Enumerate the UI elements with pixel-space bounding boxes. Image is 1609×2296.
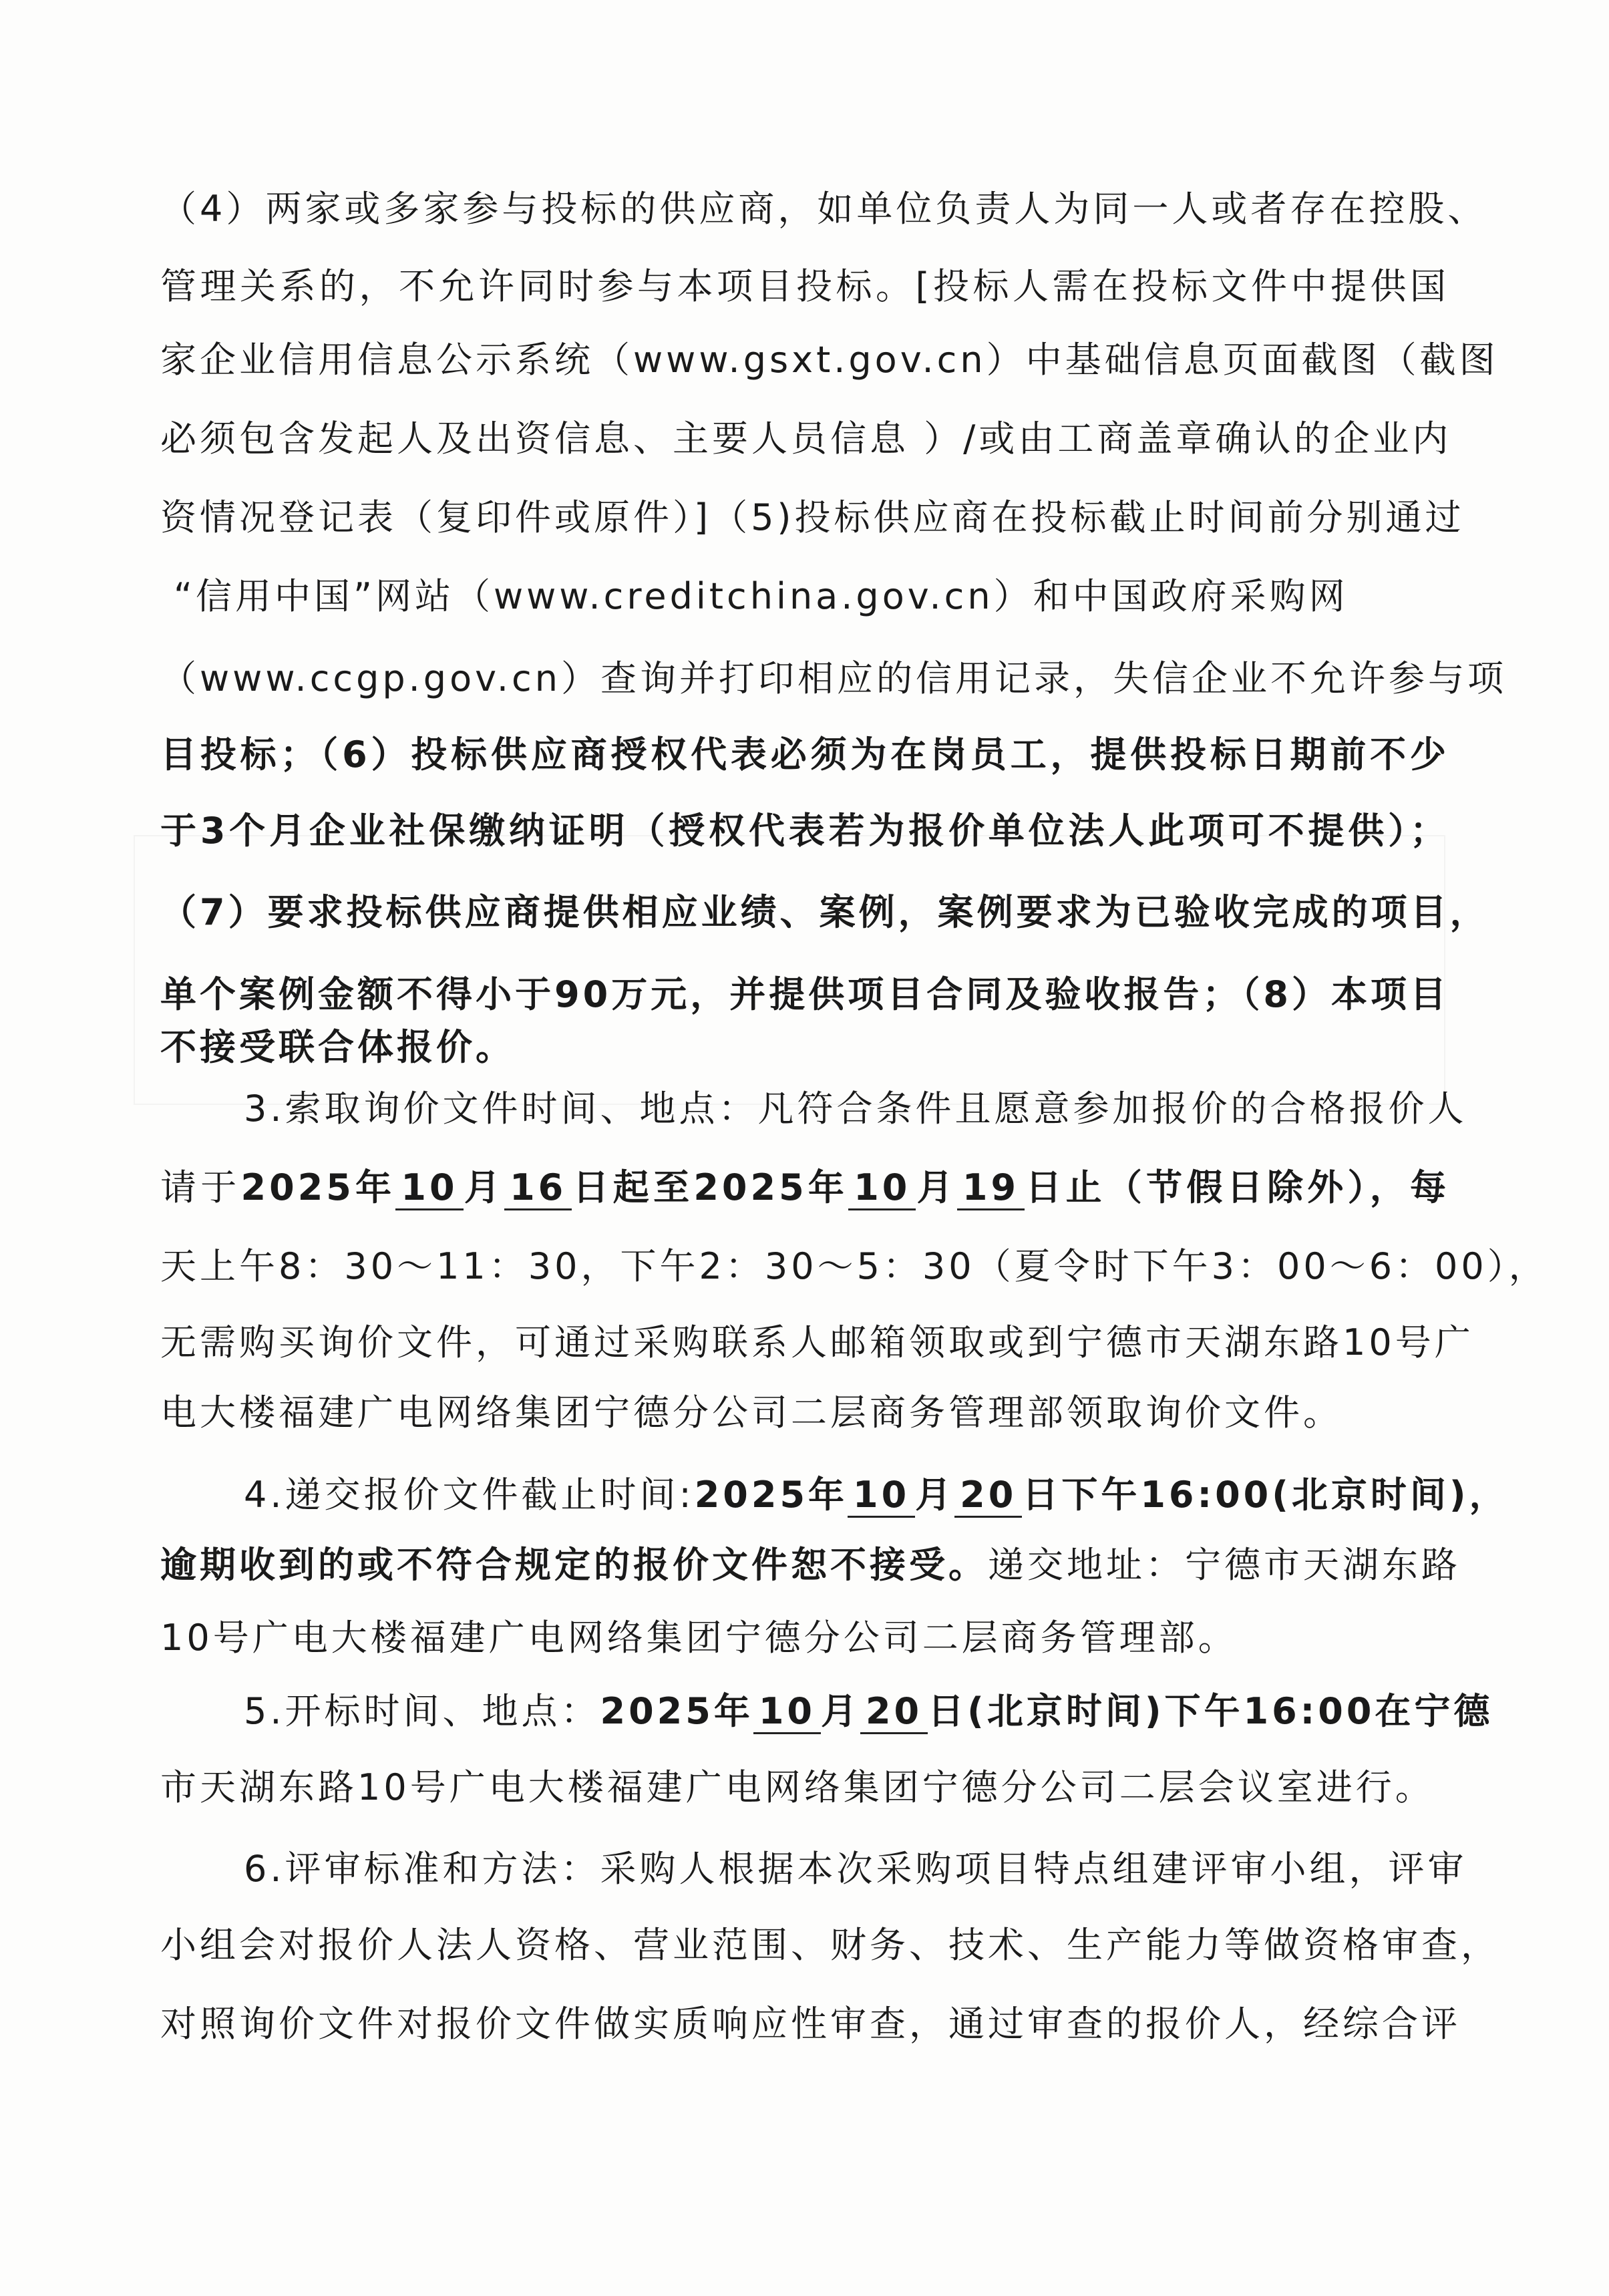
ri-qi-zhi: 日起至 [572, 1166, 693, 1208]
qualification-line-4: 必须包含发起人及出资信息、主要人员信息 ）/或由工商盖章确认的企业内 [160, 412, 1449, 466]
qualification-line-7: （www.ccgp.gov.cn）查询并打印相应的信用记录，失信企业不允许参与项 [160, 652, 1449, 705]
late-submission-notice: 逾期收到的或不符合规定的报价文件恕不接受。 [160, 1544, 988, 1586]
opening-day: 20 [860, 1691, 928, 1734]
section3-line-3: 天上午8：30～11：30，下午2：30～5：30（夏令时下午3：00～6：00… [160, 1240, 1449, 1293]
qualification-line-3: 家企业信用信息公示系统（www.gsxt.gov.cn）中基础信息页面截图（截图 [160, 333, 1449, 387]
qualification-line-10: （7）要求投标供应商提供相应业绩、案例，案例要求为已验收完成的项目， [160, 886, 1449, 939]
opening-year: 2025 [600, 1690, 714, 1732]
yue: 月 [464, 1166, 505, 1208]
section6-line-3: 对照询价文件对报价文件做实质响应性审查，通过审查的报价人，经综合评 [160, 1997, 1449, 2051]
nian: 年 [355, 1166, 396, 1208]
section3-line-5: 电大楼福建广电网络集团宁德分公司二层商务管理部领取询价文件。 [160, 1386, 1449, 1440]
section3-line-2: 请于2025年10月16日起至2025年10月19日止（节假日除外），每 [160, 1161, 1449, 1214]
qualification-line-6: “信用中国”网站（www.creditchina.gov.cn）和中国政府采购网 [174, 570, 1463, 623]
yue: 月 [821, 1690, 860, 1732]
nian: 年 [714, 1690, 753, 1732]
qualification-line-11: 单个案例金额不得小于90万元，并提供项目合同及验收报告；（8）本项目 [160, 968, 1449, 1021]
section5-line-2: 市天湖东路10号广电大楼福建广电网络集团宁德分公司二层会议室进行。 [160, 1761, 1449, 1814]
yue: 月 [915, 1474, 954, 1516]
start-day: 16 [504, 1167, 572, 1210]
section6-line-1: 6.评审标准和方法：采购人根据本次采购项目特点组建评审小组，评审 [244, 1842, 1449, 1896]
qualification-line-5: 资情况登记表（复印件或原件）]（5)投标供应商在投标截止时间前分别通过 [160, 491, 1449, 544]
opening-month: 10 [753, 1691, 821, 1734]
submission-address-label: 递交地址：宁德市天湖东路 [988, 1544, 1461, 1586]
qualification-line-8: 目投标；（6）投标供应商授权代表必须为在岗员工，提供投标日期前不少 [160, 728, 1449, 782]
section3-line-4: 无需购买询价文件，可通过采购联系人邮箱领取或到宁德市天湖东路10号广 [160, 1316, 1449, 1369]
section4-pre: 4.递交报价文件截止时间: [244, 1474, 695, 1516]
deadline-day: 20 [954, 1474, 1022, 1518]
yue: 月 [916, 1166, 957, 1208]
section4-line-2: 逾期收到的或不符合规定的报价文件恕不接受。递交地址：宁德市天湖东路 [160, 1538, 1449, 1592]
start-month: 10 [395, 1167, 463, 1210]
end-day: 19 [957, 1167, 1025, 1210]
deadline-time: 日下午16:00(北京时间)， [1022, 1474, 1508, 1516]
start-year: 2025 [241, 1166, 355, 1208]
section3-post: 日止（节假日除外），每 [1025, 1166, 1449, 1208]
section5-line-1: 5.开标时间、地点：2025年10月20日(北京时间)下午16:00在宁德 [244, 1685, 1449, 1738]
qualification-line-1: （4）两家或多家参与投标的供应商，如单位负责人为同一人或者存在控股、 [160, 182, 1449, 236]
end-year: 2025 [693, 1166, 807, 1208]
section3-pre: 请于 [160, 1166, 241, 1208]
nian: 年 [808, 1474, 848, 1516]
deadline-year: 2025 [695, 1474, 808, 1516]
nian: 年 [808, 1166, 849, 1208]
qualification-line-9: 于3个月企业社保缴纳证明（授权代表若为报价单位法人此项可不提供）； [160, 804, 1449, 858]
section4-line-3: 10号广电大楼福建广电网络集团宁德分公司二层商务管理部。 [160, 1611, 1449, 1665]
end-month: 10 [848, 1167, 916, 1210]
deadline-month: 10 [848, 1474, 915, 1518]
section3-line-1: 3.索取询价文件时间、地点：凡符合条件且愿意参加报价的合格报价人 [244, 1082, 1449, 1136]
qualification-line-12: 不接受联合体报价。 [160, 1021, 1449, 1074]
qualification-line-2: 管理关系的，不允许同时参与本项目投标。[投标人需在投标文件中提供国 [160, 260, 1449, 313]
section5-pre: 5.开标时间、地点： [244, 1690, 600, 1732]
section6-line-2: 小组会对报价人法人资格、营业范围、财务、技术、生产能力等做资格审查， [160, 1919, 1449, 1972]
opening-time: 日(北京时间)下午16:00在宁德 [928, 1690, 1493, 1732]
section4-line-1: 4.递交报价文件截止时间:2025年10月20日下午16:00(北京时间)， [244, 1468, 1449, 1522]
